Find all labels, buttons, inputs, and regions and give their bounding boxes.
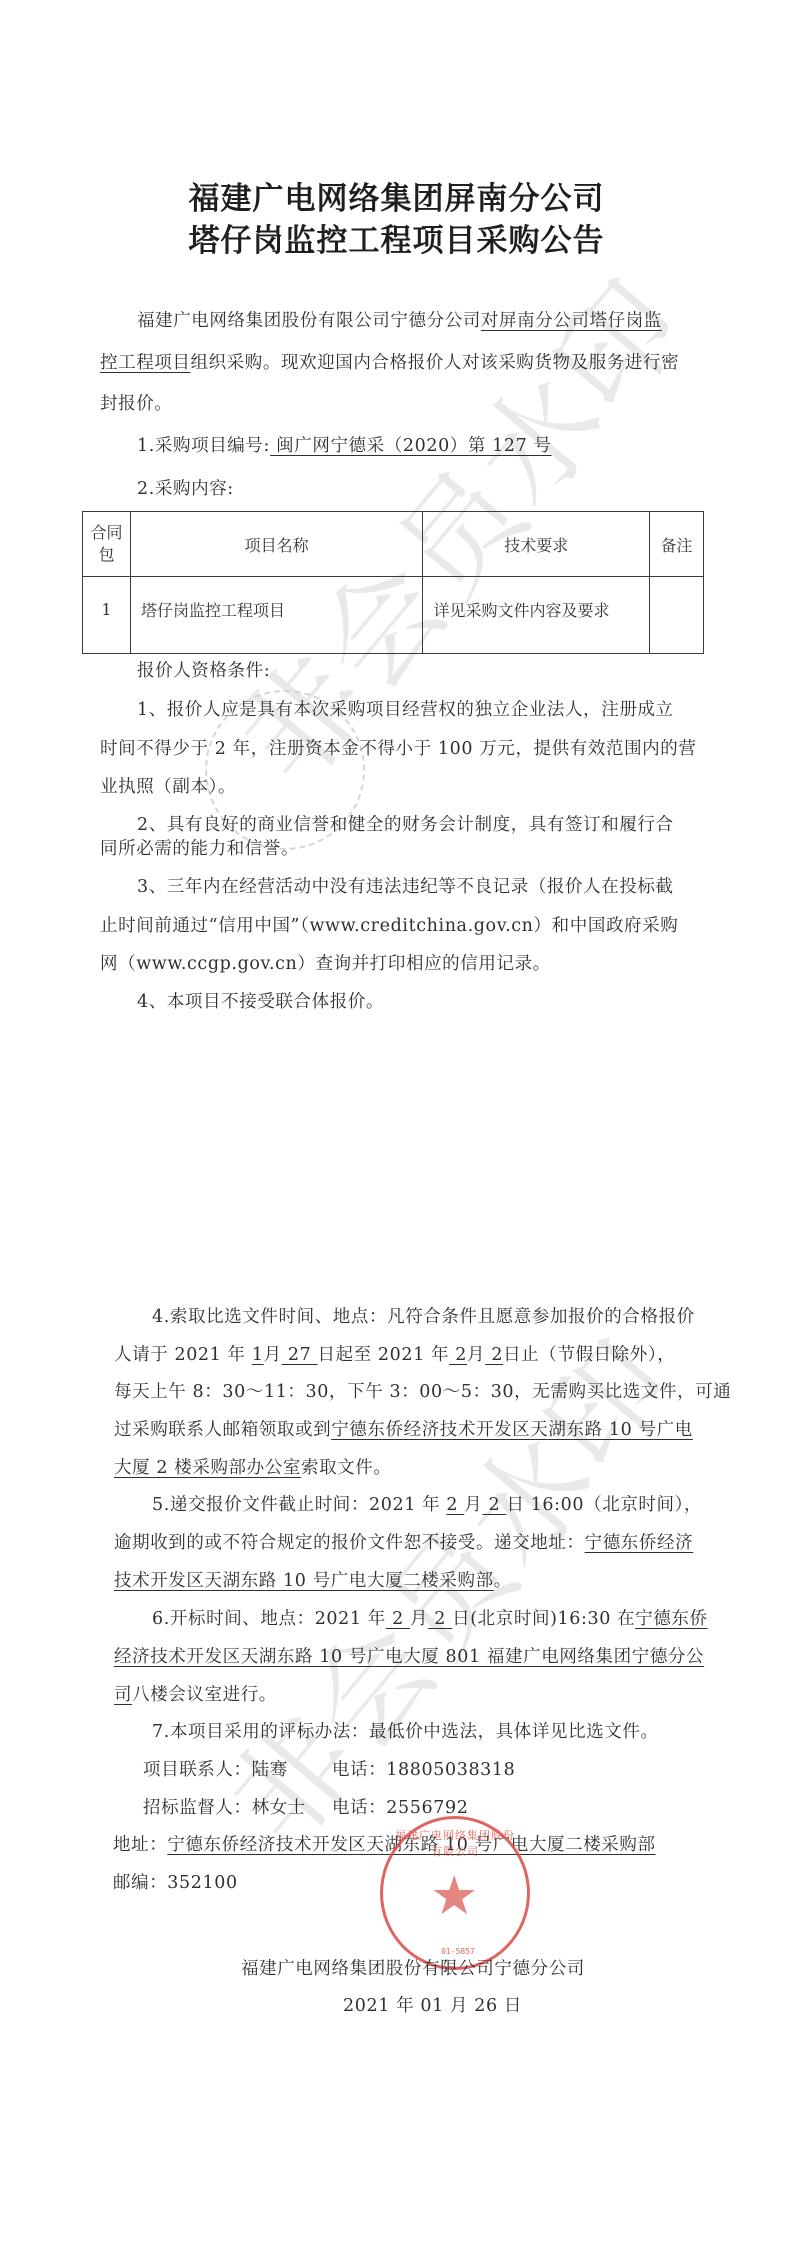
header-project-name: 项目名称 (130, 512, 423, 577)
pickup-address: 宁德东侨经济技术开发区天湖东路 10 号广电 (331, 1420, 693, 1440)
header-tech-requirements: 技术要求 (423, 512, 650, 577)
opening-day: 2 (428, 1609, 452, 1629)
qualifications-heading: 报价人资格条件: (137, 657, 270, 682)
star-icon: ★ (430, 1869, 478, 1923)
qualification-3-line3: 网（www.ccgp.gov.cn）查询并打印相应的信用记录。 (100, 950, 551, 975)
end-day: 2 (485, 1345, 503, 1365)
item5-line2: 逾期收到的或不符合规定的报价文件恕不接受。递交地址：宁德东侨经济 (114, 1529, 693, 1554)
qualification-2-line1: 2、具有良好的商业信誉和健全的财务会计制度，具有签订和履行合 (137, 811, 674, 836)
item4-text: 日起至 2021 年 (317, 1345, 449, 1365)
intro-subject-underlined-cont: 控工程项目 (100, 353, 191, 373)
header-contract-package: 合同包 (83, 512, 131, 577)
item6-text: 日(北京时间)16:30 在 (452, 1609, 635, 1629)
item4-text: 月 (264, 1345, 282, 1365)
item4-line4: 过采购联系人邮箱领取或到宁德东侨经济技术开发区天湖东路 10 号广电 (114, 1416, 693, 1441)
submission-address: 宁德东侨经济 (585, 1533, 694, 1553)
item6-line1: 6.开标时间、地点：2021 年 2 月 2 日(北京时间)16:30 在宁德东… (152, 1605, 708, 1630)
table-header-row: 合同包 项目名称 技术要求 备注 (83, 512, 704, 577)
item4-line3: 每天上午 8：30～11：30，下午 3：00～5：30，无需购买比选文件，可通 (114, 1378, 731, 1403)
item7-line1: 7.本项目采用的评标办法：最低价中选法，具体详见比选文件。 (152, 1718, 659, 1743)
item6-text: 月 (410, 1609, 428, 1629)
intro-org: 福建广电网络集团股份有限公司宁德分公司 (137, 311, 481, 331)
start-day: 27 (282, 1345, 318, 1365)
submission-address-cont: 技术开发区天湖东路 10 号广电大厦二楼采购部 (114, 1571, 494, 1591)
deadline-month: 2 (446, 1495, 464, 1515)
cell-remarks (650, 577, 704, 654)
item5-text: 逾期收到的或不符合规定的报价文件恕不接受。递交地址： (114, 1533, 585, 1553)
qualification-1-line2: 时间不得少于 2 年，注册资本金不得小于 100 万元，提供有效范围内的营 (100, 735, 697, 760)
item2-label: 2.采购内容: (137, 475, 234, 500)
qualification-4-line1: 4、本项目不接受联合体报价。 (137, 988, 384, 1013)
opening-address-end: 司 (114, 1685, 132, 1705)
qualification-3-line2: 止时间前通过“信用中国”（www.creditchina.gov.cn）和中国政… (100, 912, 678, 937)
signature-company: 福建广电网络集团股份有限公司宁德分公司 (241, 1955, 585, 1980)
end-month: 2 (449, 1345, 467, 1365)
item1-label: 1.采购项目编号: (137, 436, 270, 456)
cell-package: 1 (83, 577, 131, 654)
qualification-2-line2: 同所必需的能力和信誉。 (100, 835, 299, 860)
cell-project-name: 塔仔岗监控工程项目 (130, 577, 423, 654)
project-contact: 项目联系人：陆骞 (143, 1756, 288, 1781)
qualification-1-line3: 业执照（副本）。 (100, 773, 236, 798)
company-seal-stamp: 福建广电网络集团股份有限公司 ★ 01-5857 (380, 1816, 530, 1970)
pickup-address-cont: 大厦 2 楼采购部办公室 (114, 1458, 301, 1478)
item5-line3: 技术开发区天湖东路 10 号广电大厦二楼采购部。 (114, 1567, 512, 1592)
item4-text: 索取文件。 (301, 1458, 392, 1478)
item5-line1: 5.递交报价文件截止时间：2021 年 2 月 2 日 16:00（北京时间）， (152, 1491, 702, 1516)
item4-line1: 4.索取比选文件时间、地点：凡符合条件且愿意参加报价的合格报价 (152, 1303, 695, 1328)
table-row: 1 塔仔岗监控工程项目 详见采购文件内容及要求 (83, 577, 704, 654)
item4-line2: 人请于 2021 年 1月 27 日起至 2021 年 2月 2日止（节假日除外… (114, 1341, 675, 1366)
item1-value: 闽广网宁德采（2020）第 127 号 (270, 436, 552, 456)
opening-month: 2 (386, 1609, 410, 1629)
item4-text: 月 (467, 1345, 485, 1365)
document-title-line1: 福建广电网络集团屏南分公司 (0, 173, 793, 218)
cell-requirements: 详见采购文件内容及要求 (423, 577, 650, 654)
item5-text: 5.递交报价文件截止时间：2021 年 (152, 1495, 446, 1515)
postcode: 邮编：352100 (113, 1869, 238, 1894)
item6-line2: 经济技术开发区天湖东路 10 号广电大厦 801 福建广电网络集团宁德分公 (114, 1643, 704, 1668)
item4-text: 过采购联系人邮箱领取或到 (114, 1420, 331, 1440)
item4-text: 人请于 2021 年 (114, 1345, 252, 1365)
address-label: 地址： (113, 1835, 167, 1855)
qualification-1-line1: 1、报价人应是具有本次采购项目经营权的独立企业法人，注册成立 (137, 696, 674, 721)
item5-text: 月 (464, 1495, 482, 1515)
item4-line5: 大厦 2 楼采购部办公室索取文件。 (114, 1454, 391, 1479)
item4-text: 日止（节假日除外）， (503, 1345, 675, 1365)
project-contact-phone: 电话：18805038318 (332, 1756, 515, 1781)
contact-address: 地址：宁德东侨经济技术开发区天湖东路 10 号广电大厦二楼采购部 (113, 1831, 656, 1856)
intro-subject-underlined: 对屏南分公司塔仔岗监 (481, 311, 662, 331)
intro-line2: 控工程项目组织采购。现欢迎国内合格报价人对该采购货物及服务进行密 (100, 349, 679, 374)
intro-line1: 福建广电网络集团股份有限公司宁德分公司对屏南分公司塔仔岗监 (137, 307, 662, 332)
header-remarks: 备注 (650, 512, 704, 577)
item6-text: 6.开标时间、地点：2021 年 (152, 1609, 386, 1629)
opening-address: 宁德东侨 (635, 1609, 707, 1629)
item5-text: 日 16:00（北京时间）， (506, 1495, 702, 1515)
item5-text: 。 (494, 1571, 512, 1591)
stamp-text: 福建广电网络集团股份有限公司 (393, 1827, 517, 1859)
supervisor-contact: 招标监督人：林女士 (143, 1794, 306, 1819)
intro-text: 组织采购。现欢迎国内合格报价人对该采购货物及服务进行密 (191, 353, 680, 373)
item6-line3: 司八楼会议室进行。 (114, 1681, 277, 1706)
qualification-3-line1: 3、三年内在经营活动中没有违法违纪等不良记录（报价人在投标截 (137, 873, 674, 898)
procurement-table: 合同包 项目名称 技术要求 备注 1 塔仔岗监控工程项目 详见采购文件内容及要求 (82, 511, 704, 654)
signature-date: 2021 年 01 月 26 日 (343, 1992, 522, 2017)
intro-line3: 封报价。 (100, 390, 172, 415)
deadline-day: 2 (482, 1495, 506, 1515)
document-title-line2: 塔仔岗监控工程项目采购公告 (0, 215, 793, 260)
start-month: 1 (252, 1345, 264, 1365)
item6-text: 八楼会议室进行。 (132, 1685, 277, 1705)
document-page: 福建广电网络集团屏南分公司 塔仔岗监控工程项目采购公告 福建广电网络集团股份有限… (0, 0, 793, 2242)
opening-address-cont: 经济技术开发区天湖东路 10 号广电大厦 801 福建广电网络集团宁德分公 (114, 1647, 704, 1667)
item1-project-number: 1.采购项目编号: 闽广网宁德采（2020）第 127 号 (137, 432, 552, 457)
